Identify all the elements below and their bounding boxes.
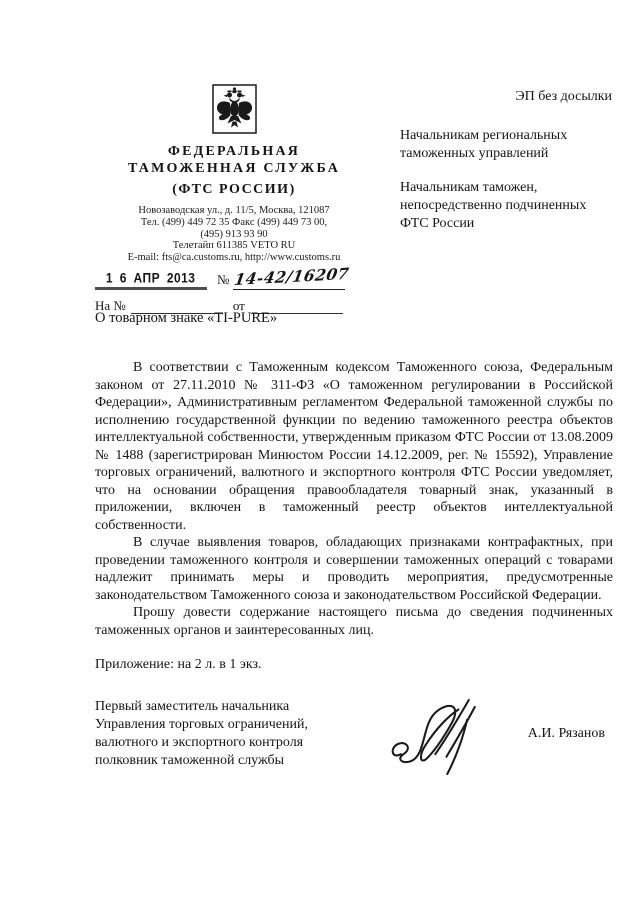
- date-field: 1 6 АПР 2013: [95, 270, 207, 290]
- org-name-line-1: ФЕДЕРАЛЬНАЯ: [95, 143, 373, 160]
- body-paragraph-1: В соответствии с Таможенным кодексом Там…: [95, 359, 613, 534]
- addressee-column: ЭП без досылки Начальникам региональных …: [400, 88, 612, 233]
- date-stamp: 1 6 АПР 2013: [106, 270, 196, 285]
- phone-fax-line: Тел. (499) 449 72 35 Факс (499) 449 73 0…: [95, 217, 373, 229]
- addressee-regional-directorates: Начальникам региональных таможенных упра…: [400, 127, 612, 163]
- signer-title-line: Управления торговых ограничений,: [95, 716, 395, 734]
- reference-block: 1 6 АПР 2013 № 14-42/16207 На № от: [95, 270, 373, 314]
- signer-title-line: валютного и экспортного контроля: [95, 734, 395, 752]
- letterhead: ФЕДЕРАЛЬНАЯ ТАМОЖЕННАЯ СЛУЖБА (ФТС РОССИ…: [95, 84, 373, 314]
- addressee-line: непосредственно подчиненных: [400, 197, 612, 215]
- attachment-note: Приложение: на 2 л. в 1 экз.: [95, 656, 613, 674]
- outgoing-number-field: 14-42/16207: [233, 270, 345, 290]
- double-headed-eagle-icon: [212, 84, 257, 134]
- org-name-line-2: ТАМОЖЕННАЯ СЛУЖБА: [95, 160, 373, 177]
- contact-block: Новозаводская ул., д. 11/5, Москва, 1210…: [95, 205, 373, 264]
- subject-line: О товарном знаке «TI-PURE»: [95, 310, 277, 327]
- body-paragraph-3: Прошу довести содержание настоящего пись…: [95, 604, 613, 639]
- date-number-row: 1 6 АПР 2013 № 14-42/16207: [95, 270, 373, 290]
- letter-body: В соответствии с Таможенным кодексом Там…: [95, 359, 613, 780]
- body-paragraph-2: В случае выявления товаров, обладающих п…: [95, 534, 613, 604]
- addressee-customs-offices: Начальникам таможен, непосредственно под…: [400, 179, 612, 233]
- addressee-line: таможенных управлений: [400, 145, 612, 163]
- signature-block: Первый заместитель начальника Управления…: [95, 688, 613, 780]
- scanned-letter-page: ФЕДЕРАЛЬНАЯ ТАМОЖЕННАЯ СЛУЖБА (ФТС РОССИ…: [0, 0, 640, 905]
- org-abbreviation: (ФТС РОССИИ): [95, 182, 373, 198]
- phone-line-2: (495) 913 93 90: [95, 229, 373, 241]
- address-line: Новозаводская ул., д. 11/5, Москва, 1210…: [95, 205, 373, 217]
- signer-title: Первый заместитель начальника Управления…: [95, 698, 395, 770]
- teletype-line: Телетайп 611385 VETO RU: [95, 240, 373, 252]
- addressee-line: Начальникам таможен,: [400, 179, 612, 197]
- delivery-note: ЭП без досылки: [400, 88, 612, 106]
- handwritten-outgoing-number: 14-42/16207: [233, 264, 351, 289]
- email-website-line: E-mail: fts@ca.customs.ru, http://www.cu…: [95, 252, 373, 264]
- handwritten-signature-icon: [387, 694, 499, 780]
- signer-title-line: Первый заместитель начальника: [95, 698, 395, 716]
- addressee-line: ФТС России: [400, 215, 612, 233]
- number-sign-label: №: [217, 272, 229, 290]
- addressee-line: Начальникам региональных: [400, 127, 612, 145]
- signer-name: А.И. Рязанов: [528, 725, 613, 743]
- signer-title-line: полковник таможенной службы: [95, 752, 395, 770]
